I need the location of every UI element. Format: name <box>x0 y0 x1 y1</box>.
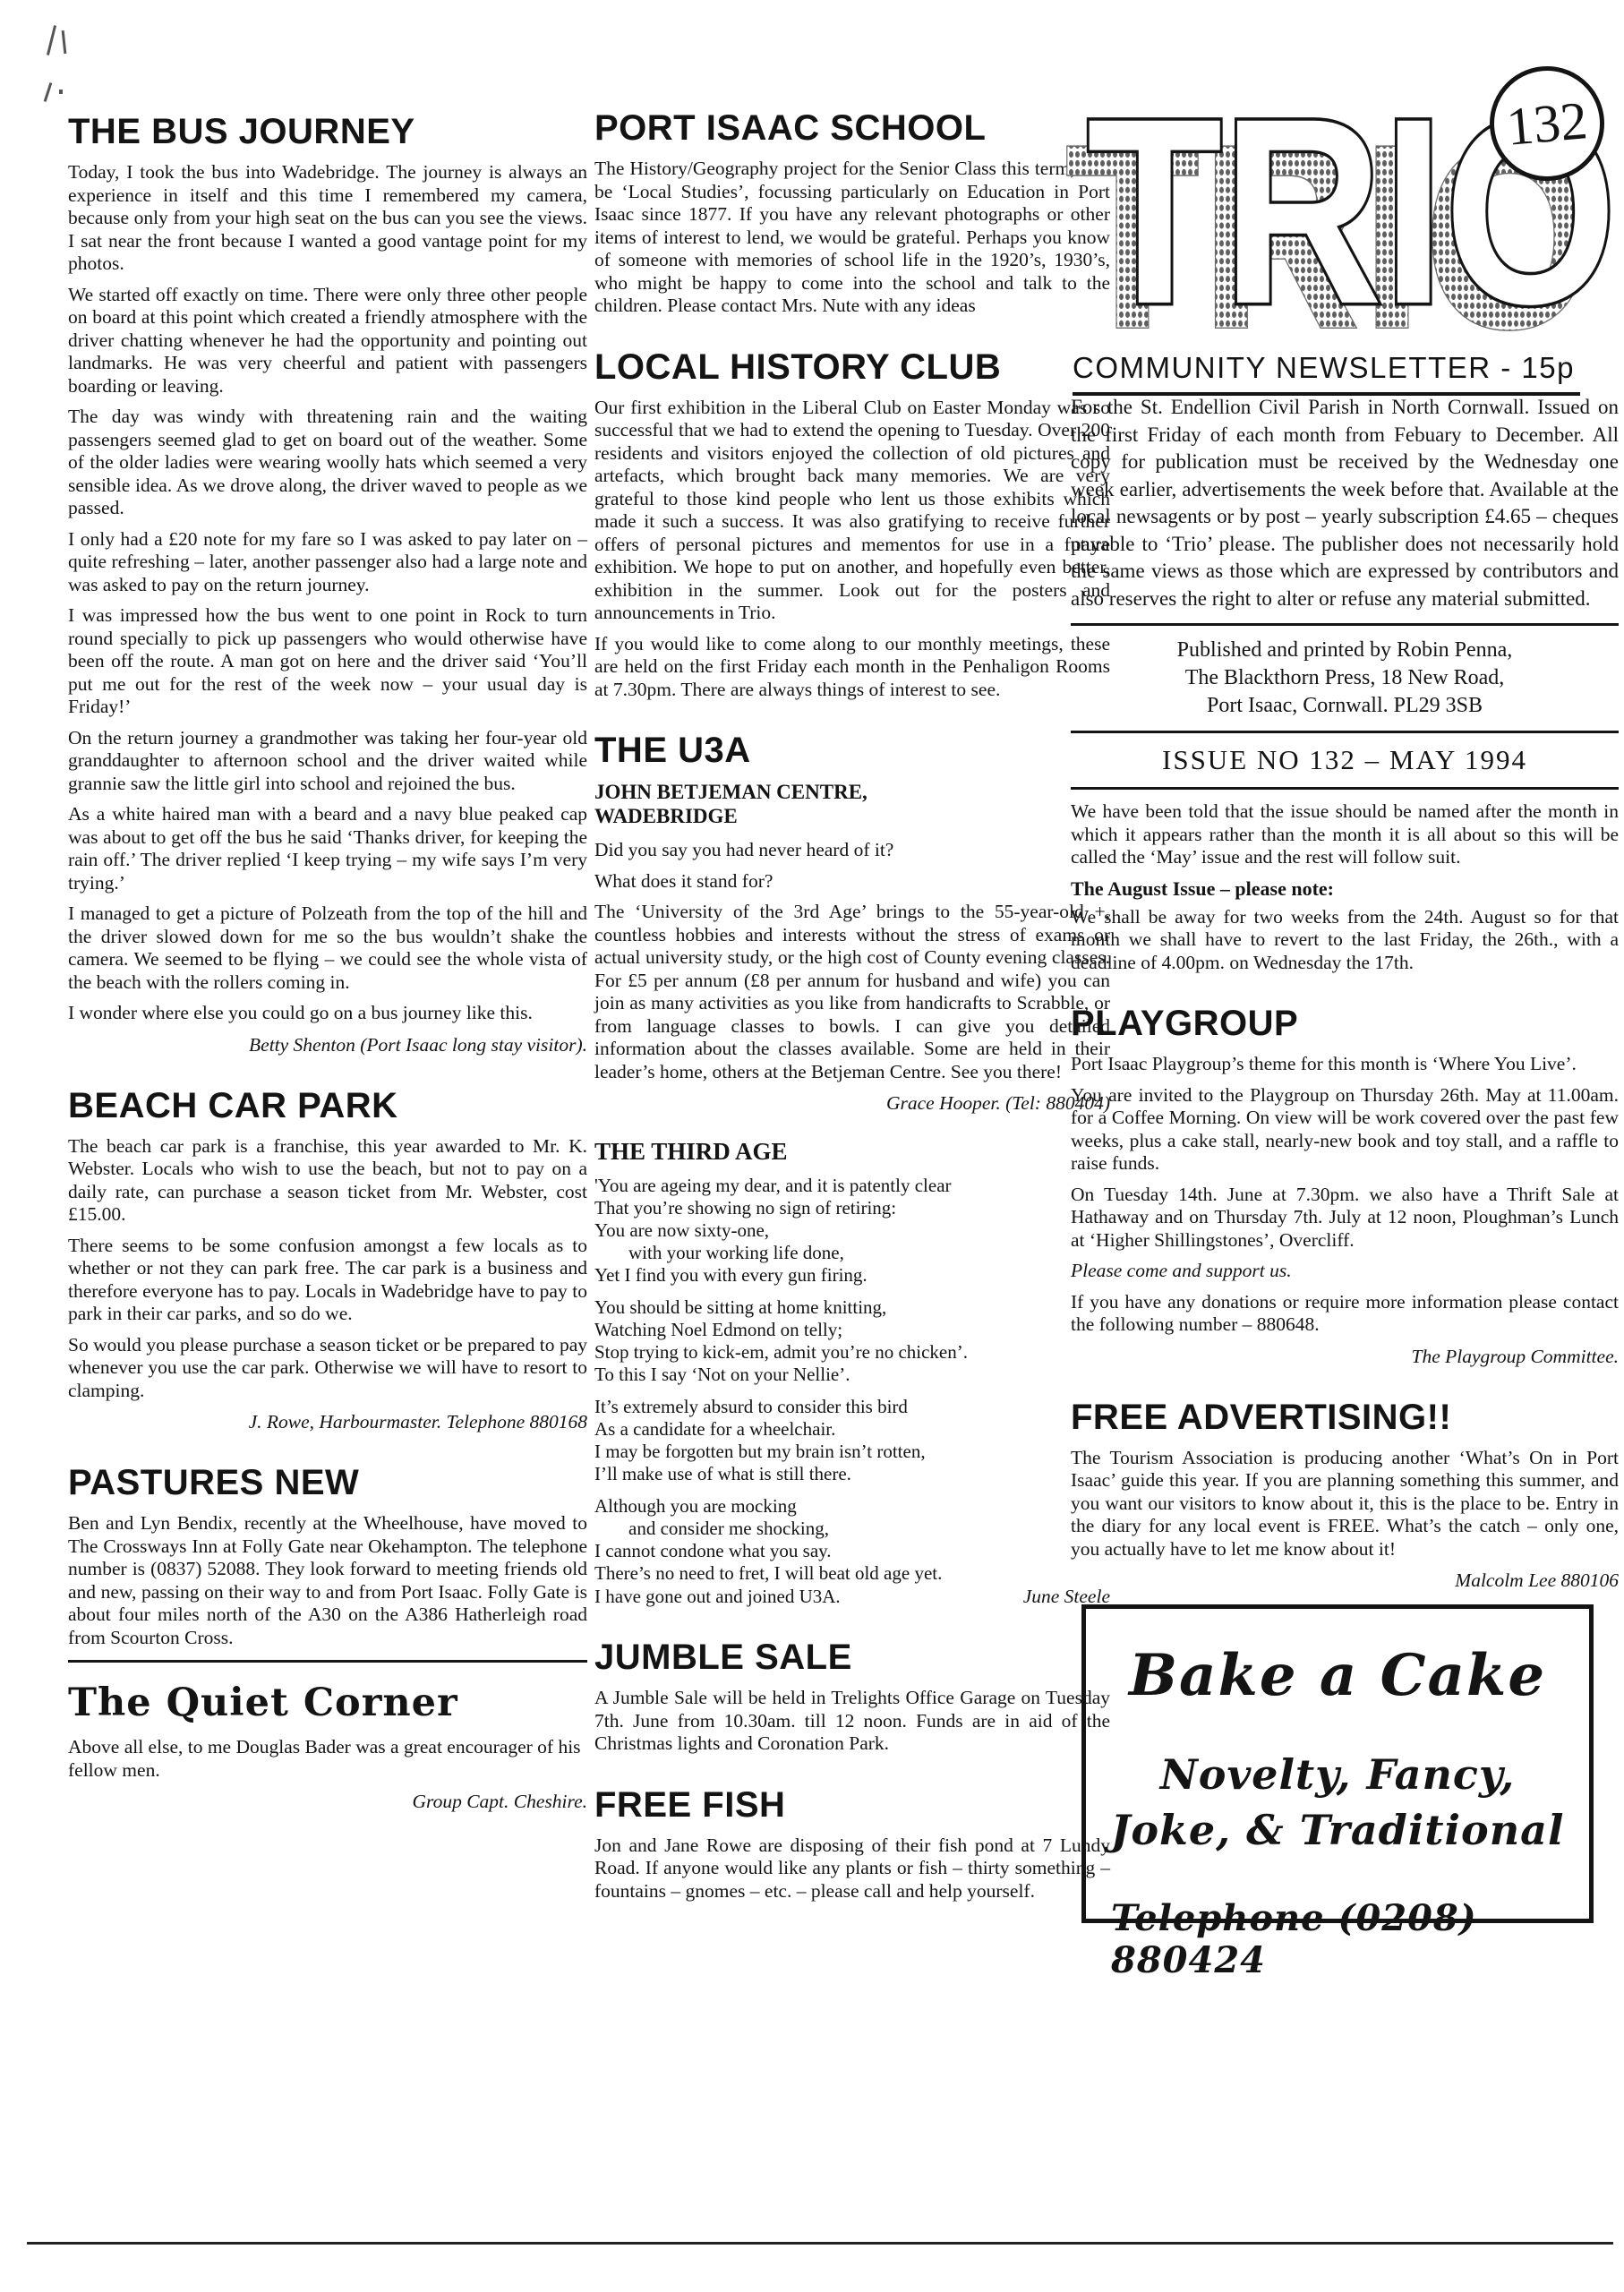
paragraph: The History/Geography project for the Se… <box>594 158 1110 318</box>
masthead-divider <box>1071 623 1619 626</box>
advert-line: Novelty, Fancy, <box>1107 1747 1568 1802</box>
article-heading: PORT ISAAC SCHOOL <box>594 109 1110 147</box>
paragraph: Port Isaac Playgroup’s theme for this mo… <box>1071 1053 1619 1076</box>
article-heading: The Quiet Corner <box>68 1681 587 1725</box>
poem-line: You should be sitting at home knitting, <box>594 1296 1110 1319</box>
poem-line: Although you are mocking <box>594 1495 1110 1518</box>
left-column: THE BUS JOURNEY Today, I took the bus in… <box>68 113 587 1818</box>
masthead-divider <box>1071 787 1619 790</box>
paragraph: I wonder where else you could go on a bu… <box>68 1002 587 1025</box>
article-bus-journey: THE BUS JOURNEY Today, I took the bus in… <box>68 113 587 1056</box>
article-subheading: JOHN BETJEMAN CENTRE, WADEBRIDGE <box>594 780 1110 828</box>
article-heading: FREE ADVERTISING!! <box>1071 1398 1619 1436</box>
middle-column: PORT ISAAC SCHOOL The History/Geography … <box>594 109 1110 1911</box>
poem-line: Stop trying to kick-em, admit you’re no … <box>594 1341 1110 1364</box>
paragraph: As a white haired man with a beard and a… <box>68 803 587 894</box>
paragraph: If you have any donations or require mor… <box>1071 1291 1619 1337</box>
article-playgroup: PLAYGROUP Port Isaac Playgroup’s theme f… <box>1071 1005 1619 1368</box>
article-heading: LOCAL HISTORY CLUB <box>594 348 1110 386</box>
advert-title: Bake a Cake <box>1107 1646 1568 1706</box>
article-heading: THE THIRD AGE <box>594 1138 1110 1166</box>
article-heading: PLAYGROUP <box>1071 1005 1619 1042</box>
poem-line: 'You are ageing my dear, and it is paten… <box>594 1175 1110 1197</box>
paragraph: Please come and support us. <box>1071 1260 1619 1283</box>
bake-a-cake-advert: Bake a Cake Novelty, Fancy, Joke, & Trad… <box>1081 1604 1594 1923</box>
scan-mark <box>47 25 56 56</box>
article-signature: Malcolm Lee 880106 <box>1071 1569 1619 1592</box>
poem-line: I have gone out and joined U3A. <box>594 1586 841 1608</box>
poem-line: I may be forgotten but my brain isn’t ro… <box>594 1441 1110 1463</box>
paragraph: The beach car park is a franchise, this … <box>68 1135 587 1227</box>
article-signature: Group Capt. Cheshire. <box>68 1790 587 1813</box>
article-quiet-corner: The Quiet Corner Above all else, to me D… <box>68 1681 587 1813</box>
scan-mark <box>62 30 67 54</box>
article-heading: BEACH CAR PARK <box>68 1087 587 1125</box>
poem-line: and consider me shocking, <box>594 1518 1110 1540</box>
article-heading: PASTURES NEW <box>68 1464 587 1501</box>
paragraph: On Tuesday 14th. June at 7.30pm. we also… <box>1071 1184 1619 1253</box>
article-heading: JUMBLE SALE <box>594 1638 1110 1676</box>
publisher-line: Published and printed by Robin Penna, <box>1071 637 1619 664</box>
scan-mark <box>59 90 63 94</box>
paragraph: The day was windy with threatening rain … <box>68 406 587 520</box>
poem-line: There’s no need to fret, I will beat old… <box>594 1562 1110 1585</box>
scan-mark <box>44 82 53 102</box>
paragraph: A Jumble Sale will be held in Trelights … <box>594 1687 1110 1756</box>
paragraph: The ‘University of the 3rd Age’ brings t… <box>594 901 1110 1083</box>
paragraph: The Tourism Association is producing ano… <box>1071 1447 1619 1561</box>
article-u3a: THE U3A JOHN BETJEMAN CENTRE, WADEBRIDGE… <box>594 731 1110 1115</box>
article-signature: Betty Shenton (Port Isaac long stay visi… <box>68 1033 587 1056</box>
article-heading: FREE FISH <box>594 1786 1110 1824</box>
poem-stanza: Although you are mocking and consider me… <box>594 1495 1110 1608</box>
poem-line: To this I say ‘Not on your Nellie’. <box>594 1364 1110 1386</box>
article-heading: THE U3A <box>594 731 1110 769</box>
publisher-block: Published and printed by Robin Penna, Th… <box>1071 637 1619 720</box>
paragraph: Our first exhibition in the Liberal Club… <box>594 397 1110 625</box>
advert-line: Joke, & Traditional <box>1107 1802 1568 1858</box>
paragraph: Jon and Jane Rowe are disposing of their… <box>594 1834 1110 1903</box>
paragraph: For the St. Endellion Civil Parish in No… <box>1071 394 1619 612</box>
poem-stanza: 'You are ageing my dear, and it is paten… <box>594 1175 1110 1287</box>
subheading-line: WADEBRIDGE <box>594 804 1110 828</box>
paragraph: What does it stand for? <box>594 870 1110 894</box>
advert-phone: Telephone (0208) 880424 <box>1107 1897 1568 1981</box>
paragraph: Today, I took the bus into Wadebridge. T… <box>68 161 587 276</box>
august-note-heading: The August Issue – please note: <box>1071 877 1619 901</box>
paragraph: Did you say you had never heard of it? <box>594 839 1110 862</box>
page-bottom-rule <box>27 2242 1613 2245</box>
article-third-age-poem: THE THIRD AGE 'You are ageing my dear, a… <box>594 1138 1110 1608</box>
publisher-line: Port Isaac, Cornwall. PL29 3SB <box>1071 692 1619 720</box>
paragraph: I only had a £20 note for my fare so I w… <box>68 528 587 597</box>
paragraph: There seems to be some confusion amongst… <box>68 1235 587 1326</box>
publisher-line: The Blackthorn Press, 18 New Road, <box>1071 664 1619 692</box>
poem-line: Yet I find you with every gun firing. <box>594 1264 1110 1287</box>
poem: 'You are ageing my dear, and it is paten… <box>594 1175 1110 1608</box>
note-issue-naming: We have been told that the issue should … <box>1071 800 1619 974</box>
paragraph: I was impressed how the bus went to one … <box>68 604 587 719</box>
paragraph: You are invited to the Playgroup on Thur… <box>1071 1084 1619 1176</box>
article-free-fish: FREE FISH Jon and Jane Rowe are disposin… <box>594 1786 1110 1903</box>
newsletter-page: 132 TRIO TRIO COMMUNITY NEWSLETTER - 15p… <box>0 0 1624 2292</box>
article-signature: Grace Hooper. (Tel: 880404) <box>594 1091 1110 1115</box>
paragraph: We have been told that the issue should … <box>1071 800 1619 869</box>
poem-stanza: It’s extremely absurd to consider this b… <box>594 1396 1110 1485</box>
article-signature: J. Rowe, Harbourmaster. Telephone 880168 <box>68 1410 587 1433</box>
paragraph: If you would like to come along to our m… <box>594 633 1110 702</box>
article-port-isaac-school: PORT ISAAC SCHOOL The History/Geography … <box>594 109 1110 318</box>
paragraph: Above all else, to me Douglas Bader was … <box>68 1736 587 1782</box>
article-local-history-club: LOCAL HISTORY CLUB Our first exhibition … <box>594 348 1110 702</box>
poem-stanza: You should be sitting at home knitting, … <box>594 1296 1110 1386</box>
paragraph: So would you please purchase a season ti… <box>68 1334 587 1403</box>
article-jumble-sale: JUMBLE SALE A Jumble Sale will be held i… <box>594 1638 1110 1756</box>
article-heading: THE BUS JOURNEY <box>68 113 587 150</box>
poem-line: I’ll make use of what is still there. <box>594 1463 1110 1485</box>
issue-number: 132 <box>1504 90 1590 158</box>
issue-line: ISSUE NO 132 – MAY 1994 <box>1071 744 1619 776</box>
masthead-about: For the St. Endellion Civil Parish in No… <box>1071 394 1619 612</box>
poem-line: I cannot condone what you say. <box>594 1540 1110 1562</box>
masthead-divider <box>1071 731 1619 733</box>
poem-line: with your working life done, <box>594 1242 1110 1264</box>
article-signature: The Playgroup Committee. <box>1071 1345 1619 1368</box>
article-pastures-new: PASTURES NEW Ben and Lyn Bendix, recentl… <box>68 1464 587 1649</box>
subheading-line: JOHN BETJEMAN CENTRE, <box>594 780 1110 804</box>
right-column: For the St. Endellion Civil Parish in No… <box>1071 394 1619 1923</box>
poem-line: Watching Noel Edmond on telly; <box>594 1319 1110 1341</box>
section-divider <box>68 1660 587 1663</box>
paragraph: We shall be away for two weeks from the … <box>1071 906 1619 975</box>
article-free-advertising: FREE ADVERTISING!! The Tourism Associati… <box>1071 1398 1619 1593</box>
paragraph: We started off exactly on time. There we… <box>68 284 587 398</box>
paragraph: Ben and Lyn Bendix, recently at the Whee… <box>68 1512 587 1649</box>
paragraph: I managed to get a picture of Polzeath f… <box>68 902 587 994</box>
paragraph: On the return journey a grandmother was … <box>68 727 587 796</box>
poem-line: It’s extremely absurd to consider this b… <box>594 1396 1110 1418</box>
masthead-subtitle: COMMUNITY NEWSLETTER - 15p <box>1073 351 1580 396</box>
article-beach-car-park: BEACH CAR PARK The beach car park is a f… <box>68 1087 587 1434</box>
poem-line: As a candidate for a wheelchair. <box>594 1418 1110 1441</box>
poem-line: You are now sixty-one, <box>594 1219 1110 1242</box>
poem-line: That you’re showing no sign of retiring: <box>594 1197 1110 1219</box>
